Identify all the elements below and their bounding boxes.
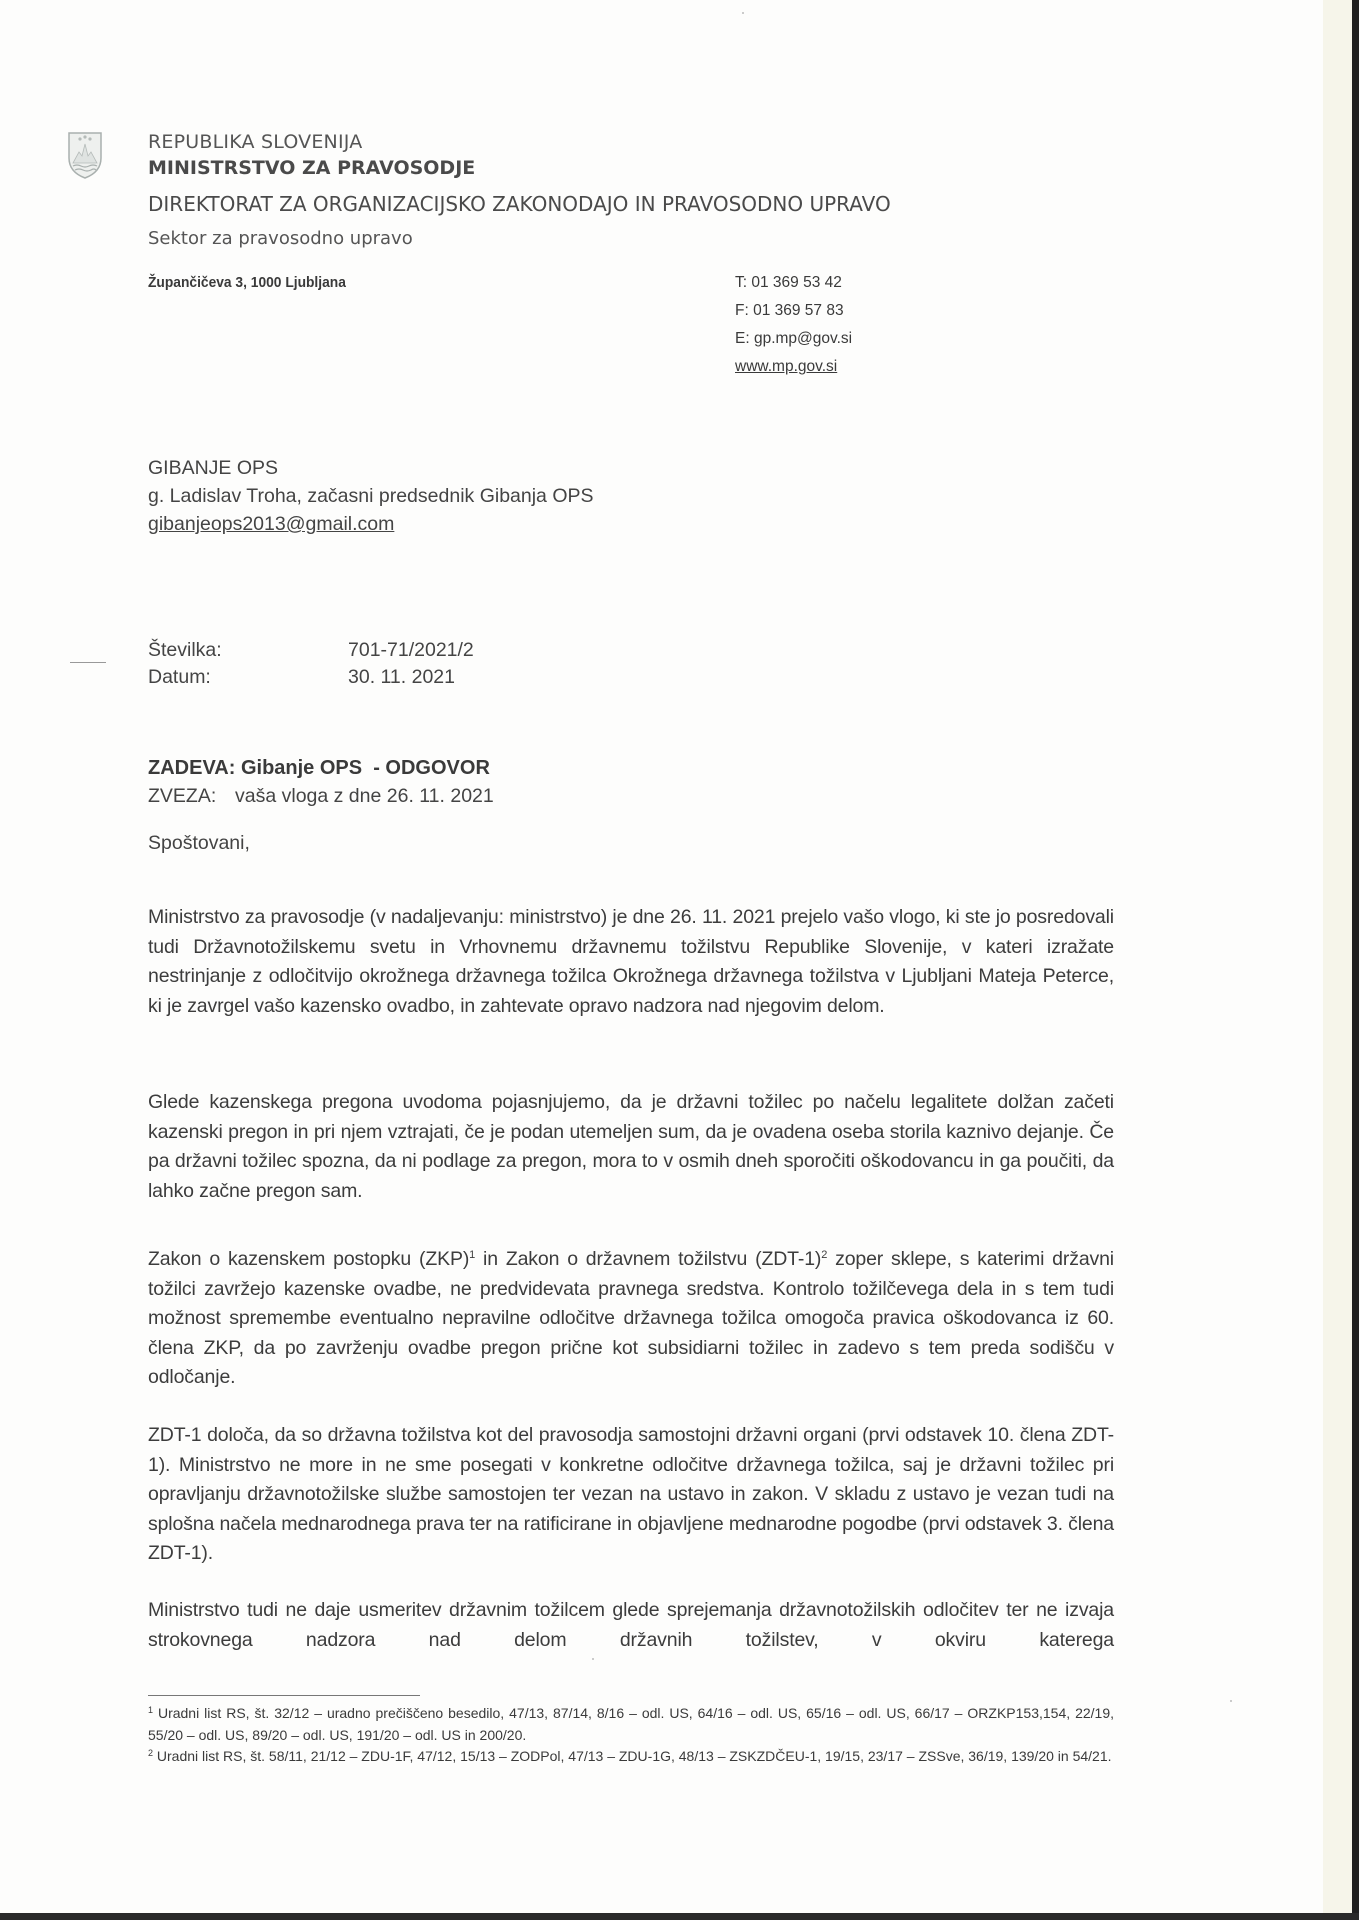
footnote-1: 1 Uradni list RS, št. 32/12 – uradno pre…	[148, 1703, 1114, 1746]
salutation: Spoštovani,	[148, 832, 250, 855]
body-paragraph-3: Zakon o kazenskem postopku (ZKP)1 in Zak…	[148, 1245, 1114, 1393]
footnote-2-text: Uradni list RS, št. 58/11, 21/12 – ZDU-1…	[153, 1748, 1111, 1764]
contact-phone: T: 01 369 53 42	[735, 274, 842, 292]
contact-website-link[interactable]: www.mp.gov.si	[735, 358, 837, 376]
scan-border-bottom	[0, 1913, 1359, 1920]
document-date-label: Datum:	[148, 666, 211, 689]
subject-line: ZADEVA: Gibanje OPS - ODGOVOR	[148, 757, 490, 780]
scan-speck	[1230, 1700, 1232, 1702]
contact-fax: F: 01 369 57 83	[735, 302, 844, 320]
footnote-2: 2 Uradni list RS, št. 58/11, 21/12 – ZDU…	[148, 1746, 1114, 1768]
recipient-person: g. Ladislav Troha, začasni predsednik Gi…	[148, 485, 594, 508]
reference-label: ZVEZA:	[148, 785, 216, 808]
scan-speck	[592, 1658, 594, 1660]
contact-email: E: gp.mp@gov.si	[735, 330, 852, 348]
footnote-separator	[148, 1695, 420, 1696]
recipient-organization: GIBANJE OPS	[148, 457, 278, 480]
letterhead-country: REPUBLIKA SLOVENIJA	[148, 131, 362, 153]
scan-speck	[742, 12, 744, 14]
recipient-email-link[interactable]: gibanjeops2013@gmail.com	[148, 513, 394, 536]
fold-mark	[70, 662, 106, 663]
document-number-label: Številka:	[148, 639, 222, 662]
footnote-1-text: Uradni list RS, št. 32/12 – uradno preči…	[148, 1705, 1114, 1743]
slovenia-coat-of-arms-icon	[66, 130, 104, 180]
letterhead-sector: Sektor za pravosodno upravo	[148, 228, 413, 249]
paragraph-3-text-b: in Zakon o državnem tožilstvu (ZDT-1)	[475, 1248, 821, 1270]
paragraph-3-text-a: Zakon o kazenskem postopku (ZKP)	[148, 1248, 469, 1270]
letterhead-directorate: DIREKTORAT ZA ORGANIZACIJSKO ZAKONODAJO …	[148, 192, 891, 216]
scan-border-right	[1352, 0, 1359, 1920]
letterhead-ministry: MINISTRSTVO ZA PRAVOSODJE	[148, 157, 475, 179]
reference-value: vaša vloga z dne 26. 11. 2021	[235, 785, 494, 808]
body-paragraph-4: ZDT-1 določa, da so državna tožilstva ko…	[148, 1421, 1114, 1569]
letterhead-address: Župančičeva 3, 1000 Ljubljana	[148, 274, 346, 291]
body-paragraph-1: Ministrstvo za pravosodje (v nadaljevanj…	[148, 903, 1114, 1021]
body-paragraph-5: Ministrstvo tudi ne daje usmeritev držav…	[148, 1596, 1114, 1655]
body-paragraph-2: Glede kazenskega pregona uvodoma pojasnj…	[148, 1088, 1114, 1206]
document-date-value: 30. 11. 2021	[348, 666, 455, 689]
document-number-value: 701-71/2021/2	[348, 639, 474, 662]
scan-edge-strip	[1323, 0, 1352, 1913]
